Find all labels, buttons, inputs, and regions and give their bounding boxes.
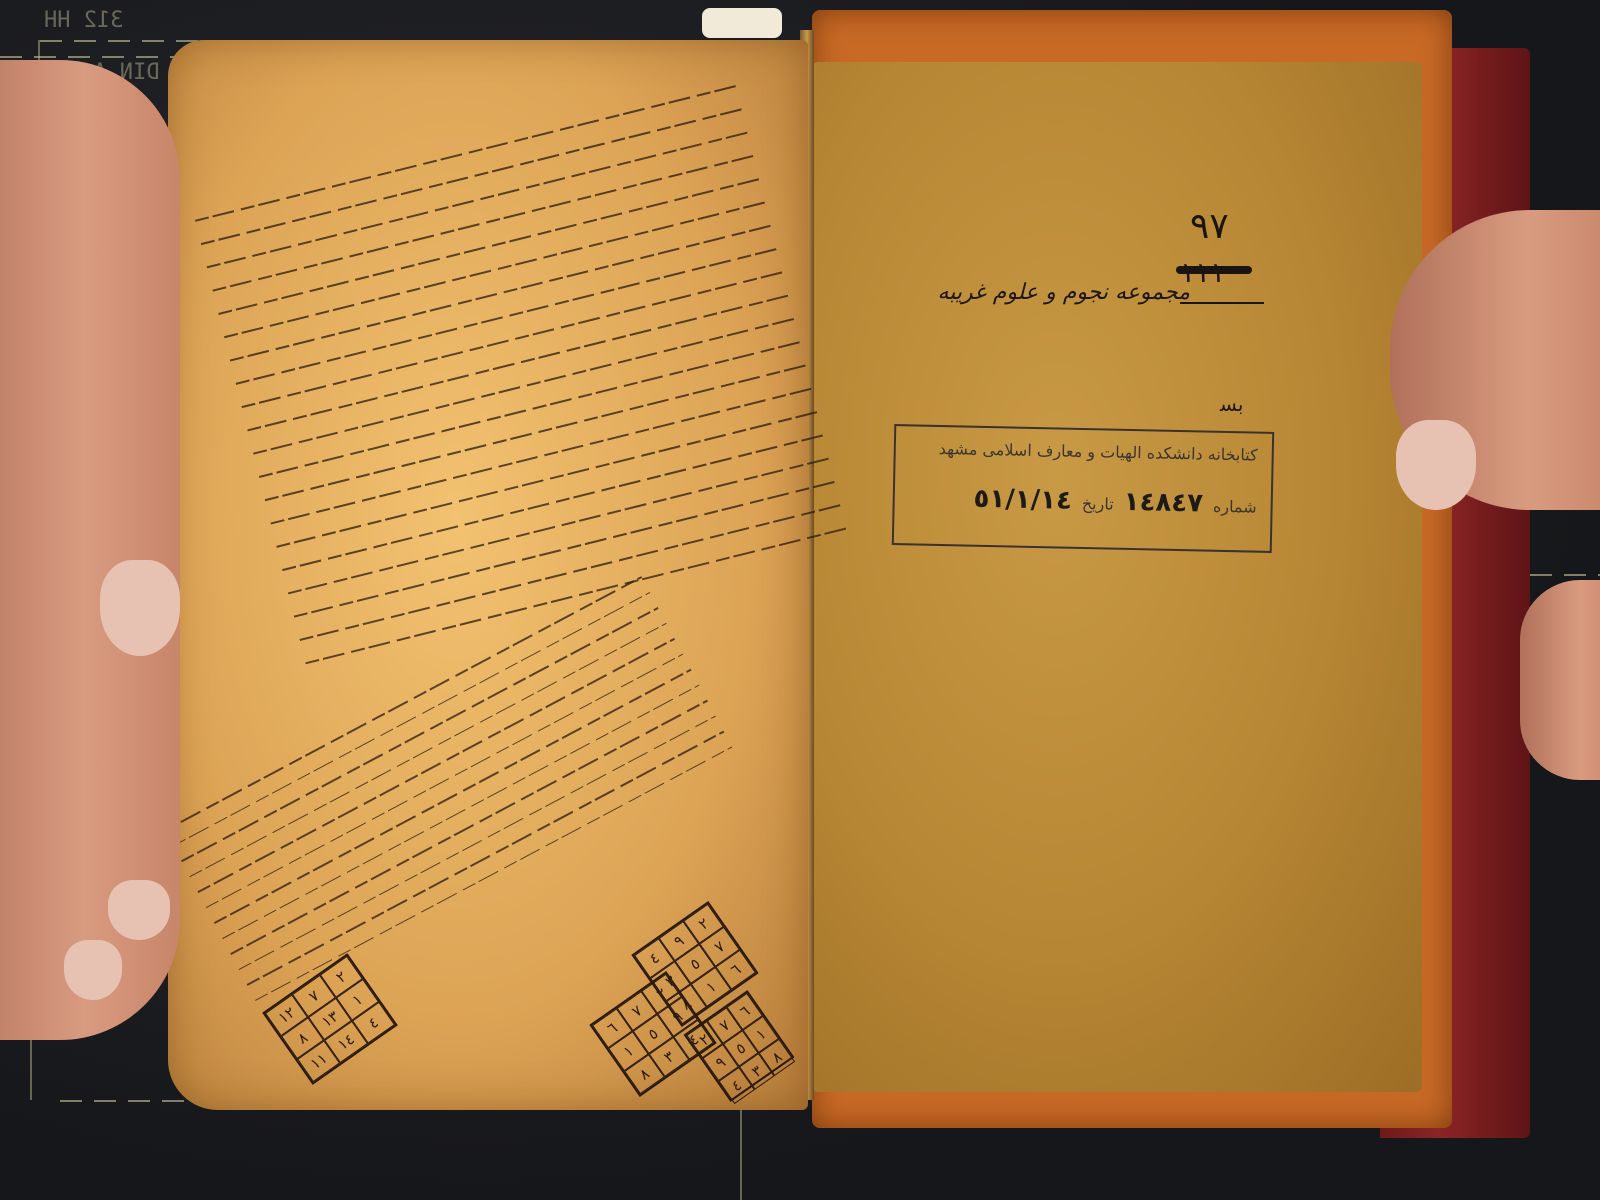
stamp-date: ٥١/١/١٤ <box>973 484 1072 516</box>
manuscript-left-page: ٤٩٢ ٣٥٧ ٨١٦ ٦٧٢ ١٥٩ ٨٣٤ ٢٧٦ ٩٥١ ٤٣٨ ١٢٧٢… <box>168 40 808 1110</box>
right-hand-finger <box>1520 580 1600 780</box>
stamp-numbers: شماره ١٤٨٤٧ تاریخ ٥١/١/١٤ <box>973 484 1257 520</box>
underline <box>1180 302 1264 304</box>
stamp-date-label: تاریخ <box>1082 494 1114 514</box>
handwritten-note: ﺑﺴ <box>1220 392 1243 416</box>
paper-scrap <box>702 8 782 38</box>
handwritten-title: مجموعه نجوم و علوم غریبه <box>890 280 1190 305</box>
stamp-number-label: شماره <box>1213 497 1257 517</box>
shelf-number: ٩٧ <box>1190 206 1229 247</box>
mat-grid-line <box>740 1110 742 1200</box>
mat-grid-line <box>0 56 200 58</box>
mat-grid-line <box>1530 574 1600 576</box>
stamp-number: ١٤٨٤٧ <box>1123 487 1203 519</box>
mat-label-top: 312 HH <box>44 8 123 33</box>
thumbnail <box>1396 420 1476 510</box>
fingernail <box>100 560 180 656</box>
fingernail <box>108 880 170 940</box>
fingernail <box>64 940 122 1000</box>
stamp-library-name: کتابخانه دانشکده الهیات و معارف اسلامی م… <box>939 439 1258 465</box>
strike-through <box>1176 266 1252 274</box>
pastedown-page <box>812 62 1422 1092</box>
library-stamp: کتابخانه دانشکده الهیات و معارف اسلامی م… <box>892 424 1274 553</box>
